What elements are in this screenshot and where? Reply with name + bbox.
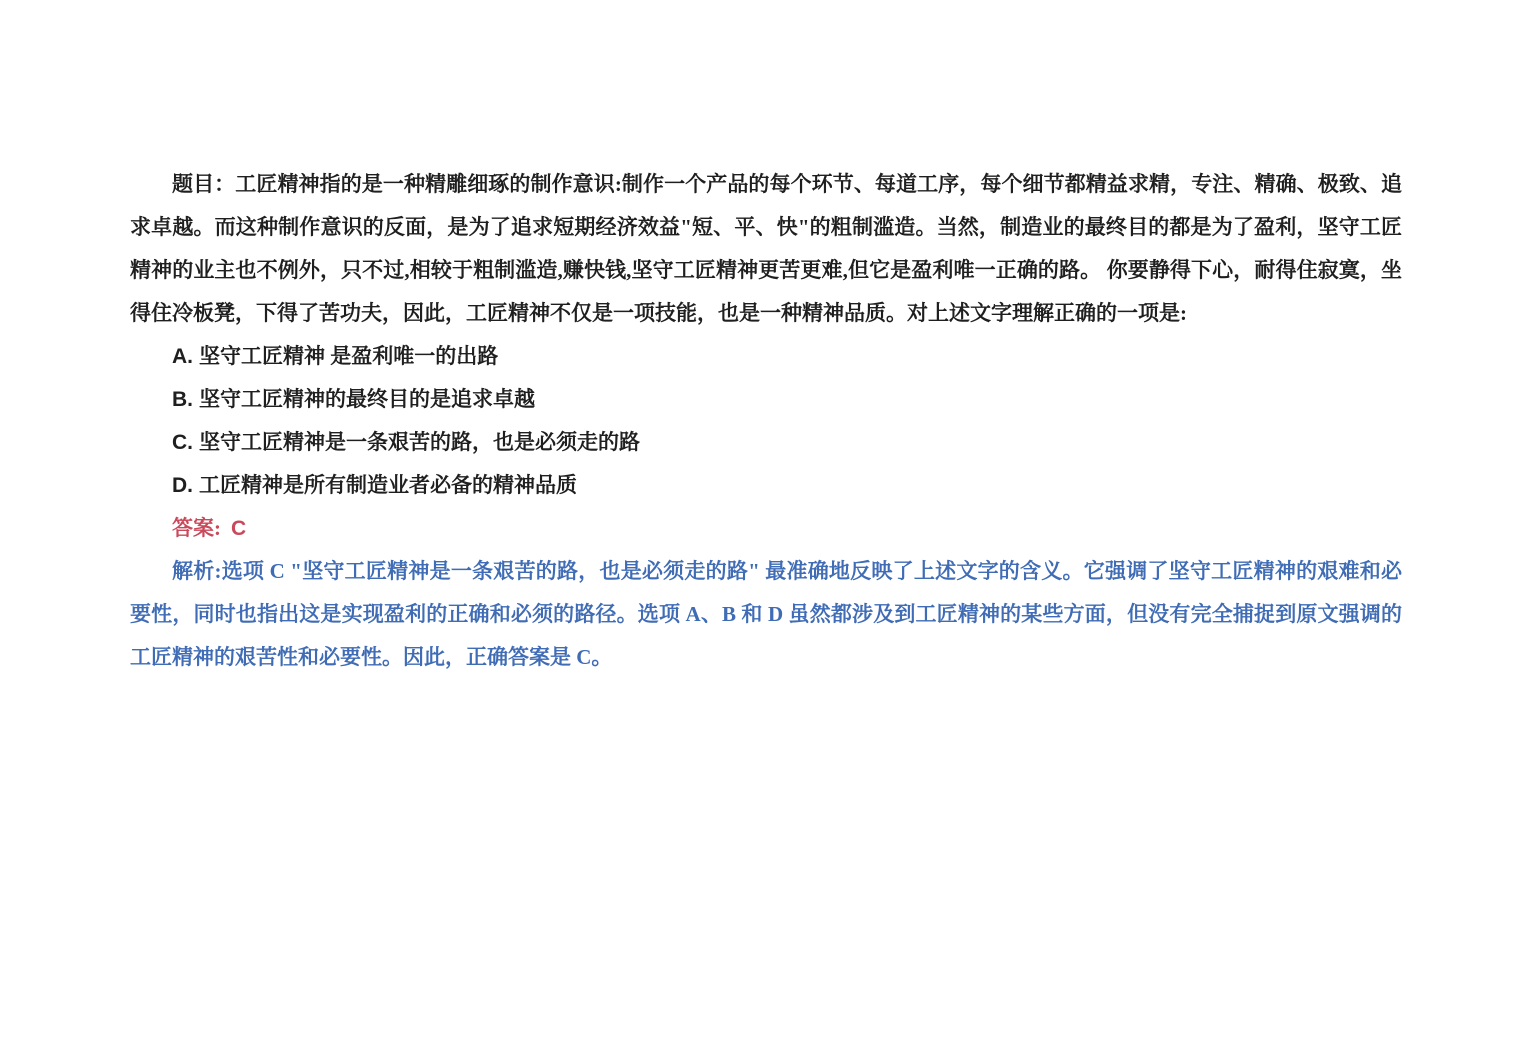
explanation-text: 选项 C "坚守工匠精神是一条艰苦的路，也是必须走的路" 最准确地反映了上述文字… — [130, 559, 1402, 669]
option-a: A.坚守工匠精神 是盈利唯一的出路 — [130, 335, 1402, 378]
option-c-text: 坚守工匠精神是一条艰苦的路，也是必须走的路 — [199, 430, 640, 454]
option-a-label: A. — [172, 345, 193, 368]
option-c-label: C. — [172, 431, 193, 454]
option-a-text: 坚守工匠精神 是盈利唯一的出路 — [199, 344, 498, 368]
option-c: C.坚守工匠精神是一条艰苦的路，也是必须走的路 — [130, 421, 1402, 464]
explanation-label: 解析: — [172, 559, 221, 583]
option-b-label: B. — [172, 388, 193, 411]
option-b-text: 坚守工匠精神的最终目的是追求卓越 — [199, 387, 535, 411]
question-label: 题目： — [172, 172, 235, 196]
question-sheet: 题目：工匠精神指的是一种精雕细琢的制作意识:制作一个产品的每个环节、每道工序，每… — [130, 163, 1402, 679]
answer-value: C — [231, 517, 246, 540]
question-paragraph: 题目：工匠精神指的是一种精雕细琢的制作意识:制作一个产品的每个环节、每道工序，每… — [130, 163, 1402, 335]
question-text: 工匠精神指的是一种精雕细琢的制作意识:制作一个产品的每个环节、每道工序，每个细节… — [130, 172, 1402, 325]
option-d: D.工匠精神是所有制造业者必备的精神品质 — [130, 464, 1402, 507]
answer-label: 答案: — [172, 516, 221, 540]
option-d-text: 工匠精神是所有制造业者必备的精神品质 — [199, 473, 577, 497]
option-d-label: D. — [172, 474, 193, 497]
answer-line: 答案:C — [130, 507, 1402, 550]
option-b: B.坚守工匠精神的最终目的是追求卓越 — [130, 378, 1402, 421]
explanation-paragraph: 解析:选项 C "坚守工匠精神是一条艰苦的路，也是必须走的路" 最准确地反映了上… — [130, 550, 1402, 679]
